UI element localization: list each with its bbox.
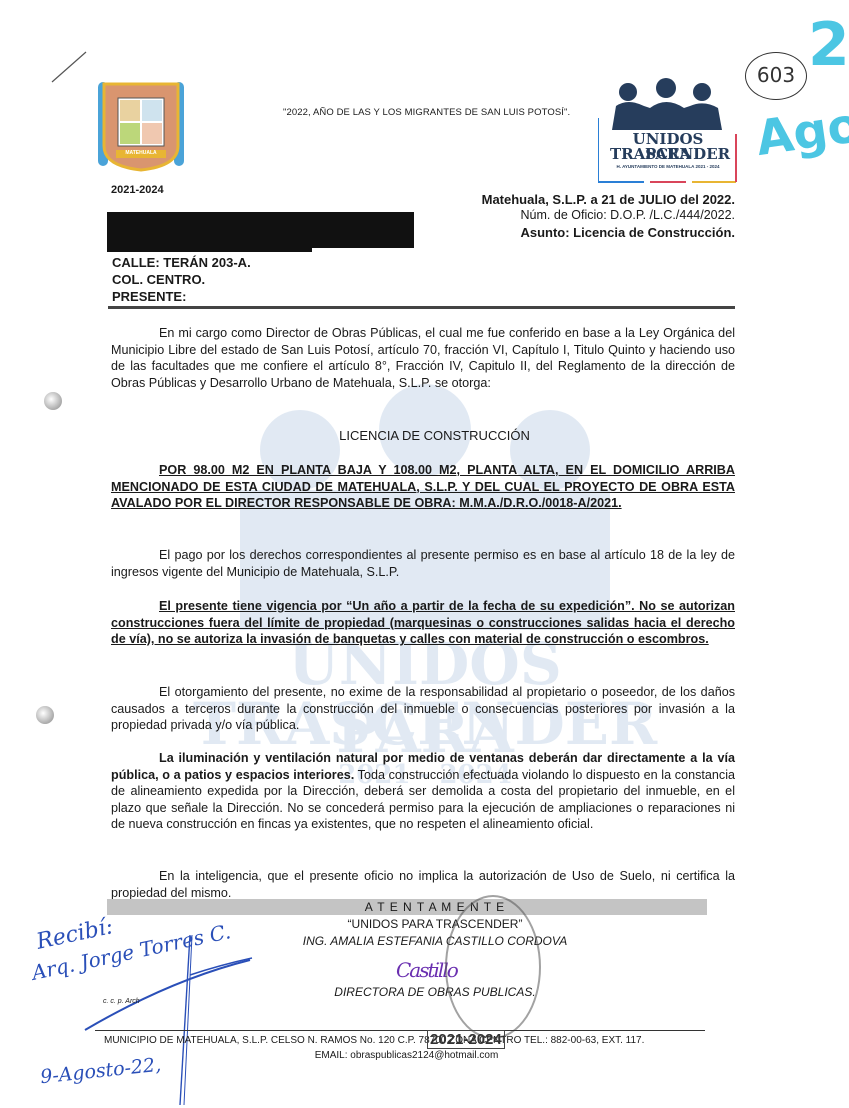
recipient-colonia: COL. CENTRO. bbox=[112, 272, 205, 287]
period-left: 2021-2024 bbox=[111, 184, 164, 196]
marker-day-annotation: 2 bbox=[808, 10, 849, 80]
circled-number-annotation: 603 bbox=[745, 52, 807, 100]
footer-email: EMAIL: obraspublicas2124@hotmail.com bbox=[104, 1050, 709, 1061]
footer-divider bbox=[95, 1030, 705, 1031]
handwritten-signature-strokes bbox=[80, 930, 260, 1108]
binder-hole-top bbox=[44, 392, 62, 410]
payment-text: El pago por los derechos correspondiente… bbox=[111, 548, 735, 579]
redacted-recipient-name-2 bbox=[160, 212, 414, 248]
cc-archive: c. c. p. Arch bbox=[103, 998, 140, 1005]
intro-paragraph: En mi cargo como Director de Obras Públi… bbox=[111, 325, 735, 391]
marker-month-annotation: Ago bbox=[753, 97, 849, 167]
oficio-number: Núm. de Oficio: D.O.P. /L.C./444/2022. bbox=[521, 208, 735, 222]
closing-paragraph: En la inteligencia, que el presente ofic… bbox=[111, 868, 735, 901]
recipient-presente: PRESENTE: bbox=[112, 289, 186, 304]
intro-text: En mi cargo como Director de Obras Públi… bbox=[111, 326, 735, 390]
unidos-para-trascender-logo: UNIDOS PARA TRASCENDER H. AYUNTAMIENTO D… bbox=[598, 78, 738, 188]
footer-address: MUNICIPIO DE MATEHUALA, S.L.P. CELSO N. … bbox=[104, 1035, 709, 1046]
recipient-street: CALLE: TERÁN 203-A. bbox=[112, 255, 251, 270]
binder-hole-bottom bbox=[36, 706, 54, 724]
signer-name: ING. AMALIA ESTEFANIA CASTILLO CORDOVA bbox=[260, 934, 610, 948]
signer-title: DIRECTORA DE OBRAS PUBLICAS. bbox=[260, 985, 610, 999]
atentamente: A T E N T A M E N T E bbox=[260, 900, 610, 914]
official-seal-stamp bbox=[445, 895, 541, 1039]
payment-paragraph: El pago por los derechos correspondiente… bbox=[111, 547, 735, 580]
municipal-shield-logo: MATEHUALA bbox=[96, 76, 186, 172]
validity-text: El presente tiene vigencia por “Un año a… bbox=[111, 599, 735, 646]
closing-text: En la inteligencia, que el presente ofic… bbox=[111, 869, 735, 900]
lighting-paragraph: La iluminación y ventilación natural por… bbox=[111, 750, 735, 833]
shield-label: MATEHUALA bbox=[116, 150, 166, 156]
pen-stroke-mark bbox=[48, 48, 90, 88]
validity-paragraph: El presente tiene vigencia por “Un año a… bbox=[111, 598, 735, 648]
license-detail-text: POR 98.00 M2 EN PLANTA BAJA Y 108.00 M2,… bbox=[111, 463, 735, 510]
year-slogan: "2022, AÑO DE LAS Y LOS MIGRANTES DE SAN… bbox=[283, 107, 570, 118]
license-title: LICENCIA DE CONSTRUCCIÓN bbox=[111, 428, 758, 443]
license-detail-paragraph: POR 98.00 M2 EN PLANTA BAJA Y 108.00 M2,… bbox=[111, 462, 735, 512]
years-stamp: 2021-2024 bbox=[427, 1030, 505, 1049]
motto: “UNIDOS PARA TRASCENDER” bbox=[260, 917, 610, 931]
responsibility-paragraph: El otorgamiento del presente, no exime d… bbox=[111, 684, 735, 734]
document-date: Matehuala, S.L.P. a 21 de JULIO del 2022… bbox=[482, 192, 735, 207]
header-divider bbox=[108, 306, 735, 309]
brand-line2: TRASCENDER bbox=[610, 147, 726, 162]
subject-line: Asunto: Licencia de Construcción. bbox=[520, 225, 735, 240]
brand-sub: H. AYUNTAMIENTO DE MATEHUALA 2021 - 2024 bbox=[610, 164, 726, 169]
responsibility-text: El otorgamiento del presente, no exime d… bbox=[111, 685, 735, 732]
